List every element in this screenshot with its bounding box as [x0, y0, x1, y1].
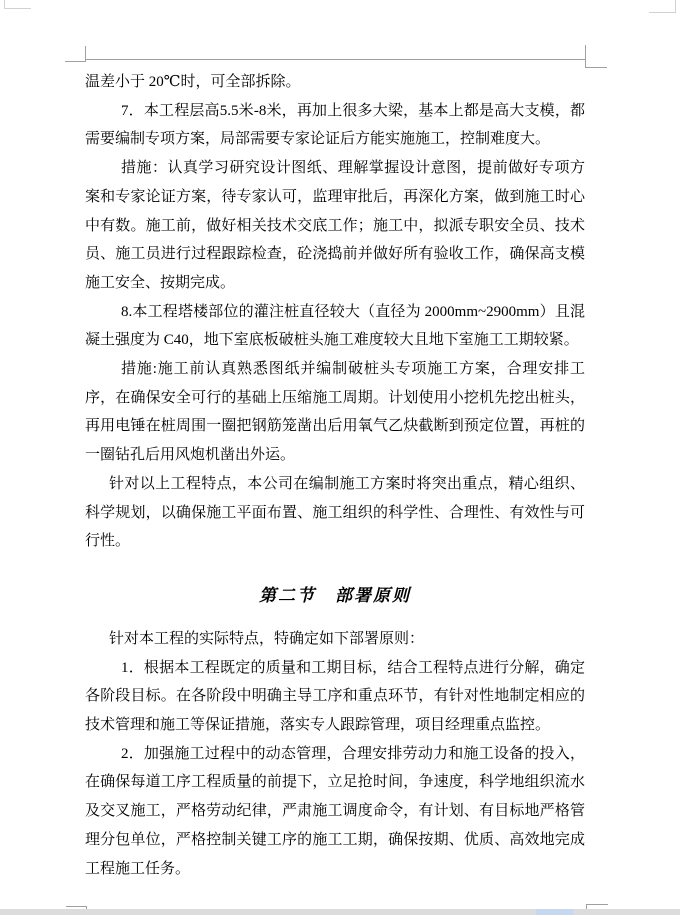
paragraph: 针对本工程的实际特点，特确定如下部署原则： — [85, 625, 585, 654]
page-corner-mark-top-left — [4, 0, 31, 9]
text-boundary-top-line — [86, 59, 585, 60]
paragraph: 措施：认真学习研究设计图纸、理解掌握设计意图，提前做好专项方案和专家论证方案，待… — [85, 154, 585, 298]
margin-crop-mark-top-right-horizontal — [585, 67, 607, 68]
margin-crop-mark-top-left-vertical — [85, 46, 86, 62]
horizontal-scrollbar[interactable] — [0, 909, 680, 915]
margin-crop-mark-top-right-vertical — [585, 45, 586, 68]
paragraph: 措施:施工前认真熟悉图纸并编制破桩头专项施工方案，合理安排工序，在确保安全可行的… — [85, 355, 585, 470]
margin-crop-mark-bottom-left-horizontal — [66, 906, 87, 907]
paragraph: 2．加强施工过程中的动态管理，合理安排劳动力和施工设备的投入，在确保每道工序工程… — [85, 740, 585, 884]
paragraph: 8.本工程塔楼部位的灌注桩直径较大（直径为 2000mm~2900mm）且混凝土… — [85, 298, 585, 355]
document-page: 温差小于 20℃时，可全部拆除。7．本工程层高5.5米-8米，再加上很多大梁，基… — [0, 0, 680, 915]
paragraph: 7．本工程层高5.5米-8米，再加上很多大梁，基本上都是高大支模，都需要编制专项… — [85, 97, 585, 154]
horizontal-scrollbar-thumb[interactable] — [536, 909, 573, 915]
page-corner-mark-top-right — [649, 0, 676, 13]
margin-crop-mark-top-left-horizontal — [65, 61, 86, 62]
margin-crop-mark-bottom-right-horizontal — [586, 904, 608, 905]
paragraph: 针对以上工程特点，本公司在编制施工方案时将突出重点，精心组织、科学规划，以确保施… — [85, 470, 585, 556]
paragraph: 温差小于 20℃时，可全部拆除。 — [85, 68, 585, 97]
document-body: 温差小于 20℃时，可全部拆除。7．本工程层高5.5米-8米，再加上很多大梁，基… — [85, 68, 585, 883]
section-heading: 第二节 部署原则 — [85, 581, 585, 610]
paragraph: 1．根据本工程既定的质量和工期目标，结合工程特点进行分解，确定各阶段目标。在各阶… — [85, 654, 585, 740]
